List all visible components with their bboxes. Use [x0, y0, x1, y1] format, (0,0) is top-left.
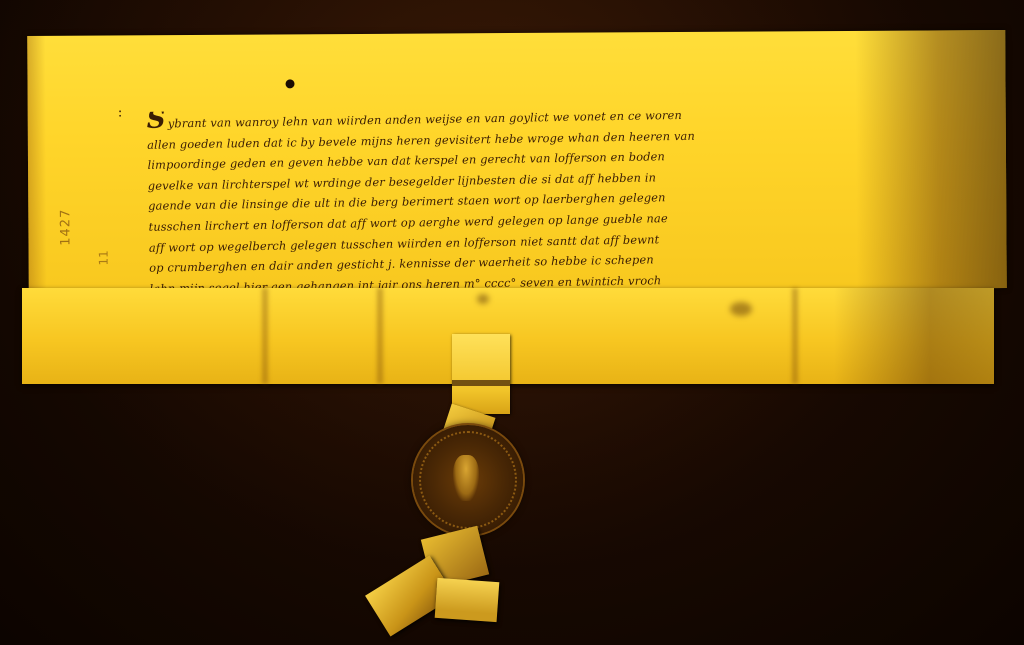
margin-mark-note: 11	[97, 250, 111, 265]
margin-dots: :	[118, 107, 123, 117]
seal-tag-band	[452, 380, 510, 386]
decorated-initial: S	[147, 105, 166, 135]
fold-crease	[262, 288, 268, 384]
shadow	[834, 288, 994, 384]
charter-parchment: : 1427 11 Sybrant van wanroy lehn van wi…	[27, 30, 1007, 294]
seal-tag-fold	[435, 578, 500, 622]
margin-date-note: 1427	[58, 209, 73, 246]
charter-text: Sybrant van wanroy lehn van wiirden ande…	[147, 97, 1020, 319]
stain	[730, 302, 752, 316]
punch-hole	[285, 79, 294, 88]
seal-figure	[453, 455, 479, 501]
seal-tag	[452, 334, 510, 414]
wax-seal-icon	[413, 425, 523, 535]
fold-crease	[792, 288, 798, 384]
fold-crease	[377, 288, 383, 384]
stain	[477, 294, 489, 304]
